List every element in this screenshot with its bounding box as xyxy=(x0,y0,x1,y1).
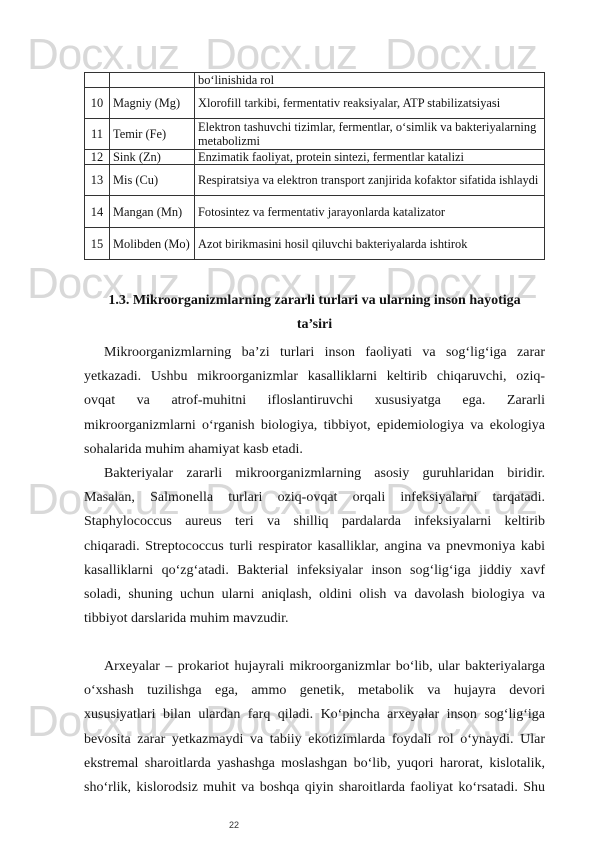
paragraph-line: Arxeyalar – prokariot hujayrali mikroorg… xyxy=(84,655,545,679)
paragraph-line: bevosita zarar yetkazmaydi va tabiiy eko… xyxy=(84,728,545,752)
paragraph-line: tibbiyot darslarida muhim mavzudir. xyxy=(84,607,545,631)
paragraph-line: xususiyatlari bilan ulardan farq qiladi.… xyxy=(84,703,545,727)
element-role: Respiratsiya va elektron transport zanji… xyxy=(195,165,545,196)
table-row: 11Temir (Fe)Elektron tashuvchi tizimlar,… xyxy=(85,119,545,150)
table-row: 13Mis (Cu)Respiratsiya va elektron trans… xyxy=(85,165,545,196)
paragraph-line: ekstremal sharoitlarda yashashga moslash… xyxy=(84,752,545,776)
paragraph-line: mikroorganizmlarni o‘rganish biologiya, … xyxy=(84,414,545,438)
element-name: Sink (Zn) xyxy=(110,150,195,165)
row-number: 15 xyxy=(85,228,110,260)
element-role: Xlorofill tarkibi, fermentativ reaksiyal… xyxy=(195,88,545,119)
paragraph-line: soladi, shuning uchun ularni aniqlash, o… xyxy=(84,583,545,607)
paragraph-line: sho‘rlik, kislorodsiz muhit va boshqa qi… xyxy=(84,776,545,800)
table-row: 12Sink (Zn)Enzimatik faoliyat, protein s… xyxy=(85,150,545,165)
paragraph-archaea: Arxeyalar – prokariot hujayrali mikroorg… xyxy=(84,655,545,800)
row-number xyxy=(85,73,110,88)
paragraph-line: Staphylococcus aureus teri va shilliq pa… xyxy=(84,510,545,534)
element-role: Fotosintez va fermentativ jarayonlarda k… xyxy=(195,196,545,228)
element-role: bo‘linishida rol xyxy=(195,73,545,88)
element-role: Enzimatik faoliyat, protein sintezi, fer… xyxy=(195,150,545,165)
row-number: 11 xyxy=(85,119,110,150)
element-role: Elektron tashuvchi tizimlar, fermentlar,… xyxy=(195,119,545,150)
element-name: Temir (Fe) xyxy=(110,119,195,150)
row-number: 10 xyxy=(85,88,110,119)
page-number: 22 xyxy=(229,820,239,830)
table-row: bo‘linishida rol xyxy=(85,73,545,88)
element-role: Azot birikmasini hosil qiluvchi bakteriy… xyxy=(195,228,545,260)
paragraph-harmful-microorganisms: Mikroorganizmlarning ba’zi turlari inson… xyxy=(84,341,545,462)
paragraph-line: Bakteriyalar zararli mikroorganizmlarnin… xyxy=(84,462,545,486)
paragraph-line: chiqaradi. Streptococcus turli respirato… xyxy=(84,535,545,559)
table-row: 15Molibden (Mo)Azot birikmasini hosil qi… xyxy=(85,228,545,260)
paragraph-line: Mikroorganizmlarning ba’zi turlari inson… xyxy=(84,341,545,365)
element-name xyxy=(110,73,195,88)
table-row: 14Mangan (Mn)Fotosintez va fermentativ j… xyxy=(85,196,545,228)
paragraph-line: kasalliklarni qo‘zg‘atadi. Bakterial inf… xyxy=(84,559,545,583)
paragraph-line: Masalan, Salmonella turlari oziq-ovqat o… xyxy=(84,486,545,510)
paragraph-bacteria: Bakteriyalar zararli mikroorganizmlarnin… xyxy=(84,462,545,631)
paragraph-line: o‘xshash tuzilishga ega, ammo genetik, m… xyxy=(84,679,545,703)
element-name: Mangan (Mn) xyxy=(110,196,195,228)
element-name: Mis (Cu) xyxy=(110,165,195,196)
row-number: 13 xyxy=(85,165,110,196)
elements-table: bo‘linishida rol10Magniy (Mg)Xlorofill t… xyxy=(84,72,545,260)
element-name: Magniy (Mg) xyxy=(110,88,195,119)
paragraph-line: ovqat va atrof-muhitni ifloslantiruvchi … xyxy=(84,389,545,413)
row-number: 14 xyxy=(85,196,110,228)
section-heading-continued: ta’siri xyxy=(84,317,545,333)
element-name: Molibden (Mo) xyxy=(110,228,195,260)
table-row: 10Magniy (Mg)Xlorofill tarkibi, fermenta… xyxy=(85,88,545,119)
document-page: bo‘linishida rol10Magniy (Mg)Xlorofill t… xyxy=(0,0,595,842)
paragraph-line: sohalarida muhim ahamiyat kasb etadi. xyxy=(84,438,545,462)
paragraph-line: yetkazadi. Ushbu mikroorganizmlar kasall… xyxy=(84,365,545,389)
row-number: 12 xyxy=(85,150,110,165)
section-heading: 1.3. Mikroorganizmlarning zararli turlar… xyxy=(84,293,545,309)
